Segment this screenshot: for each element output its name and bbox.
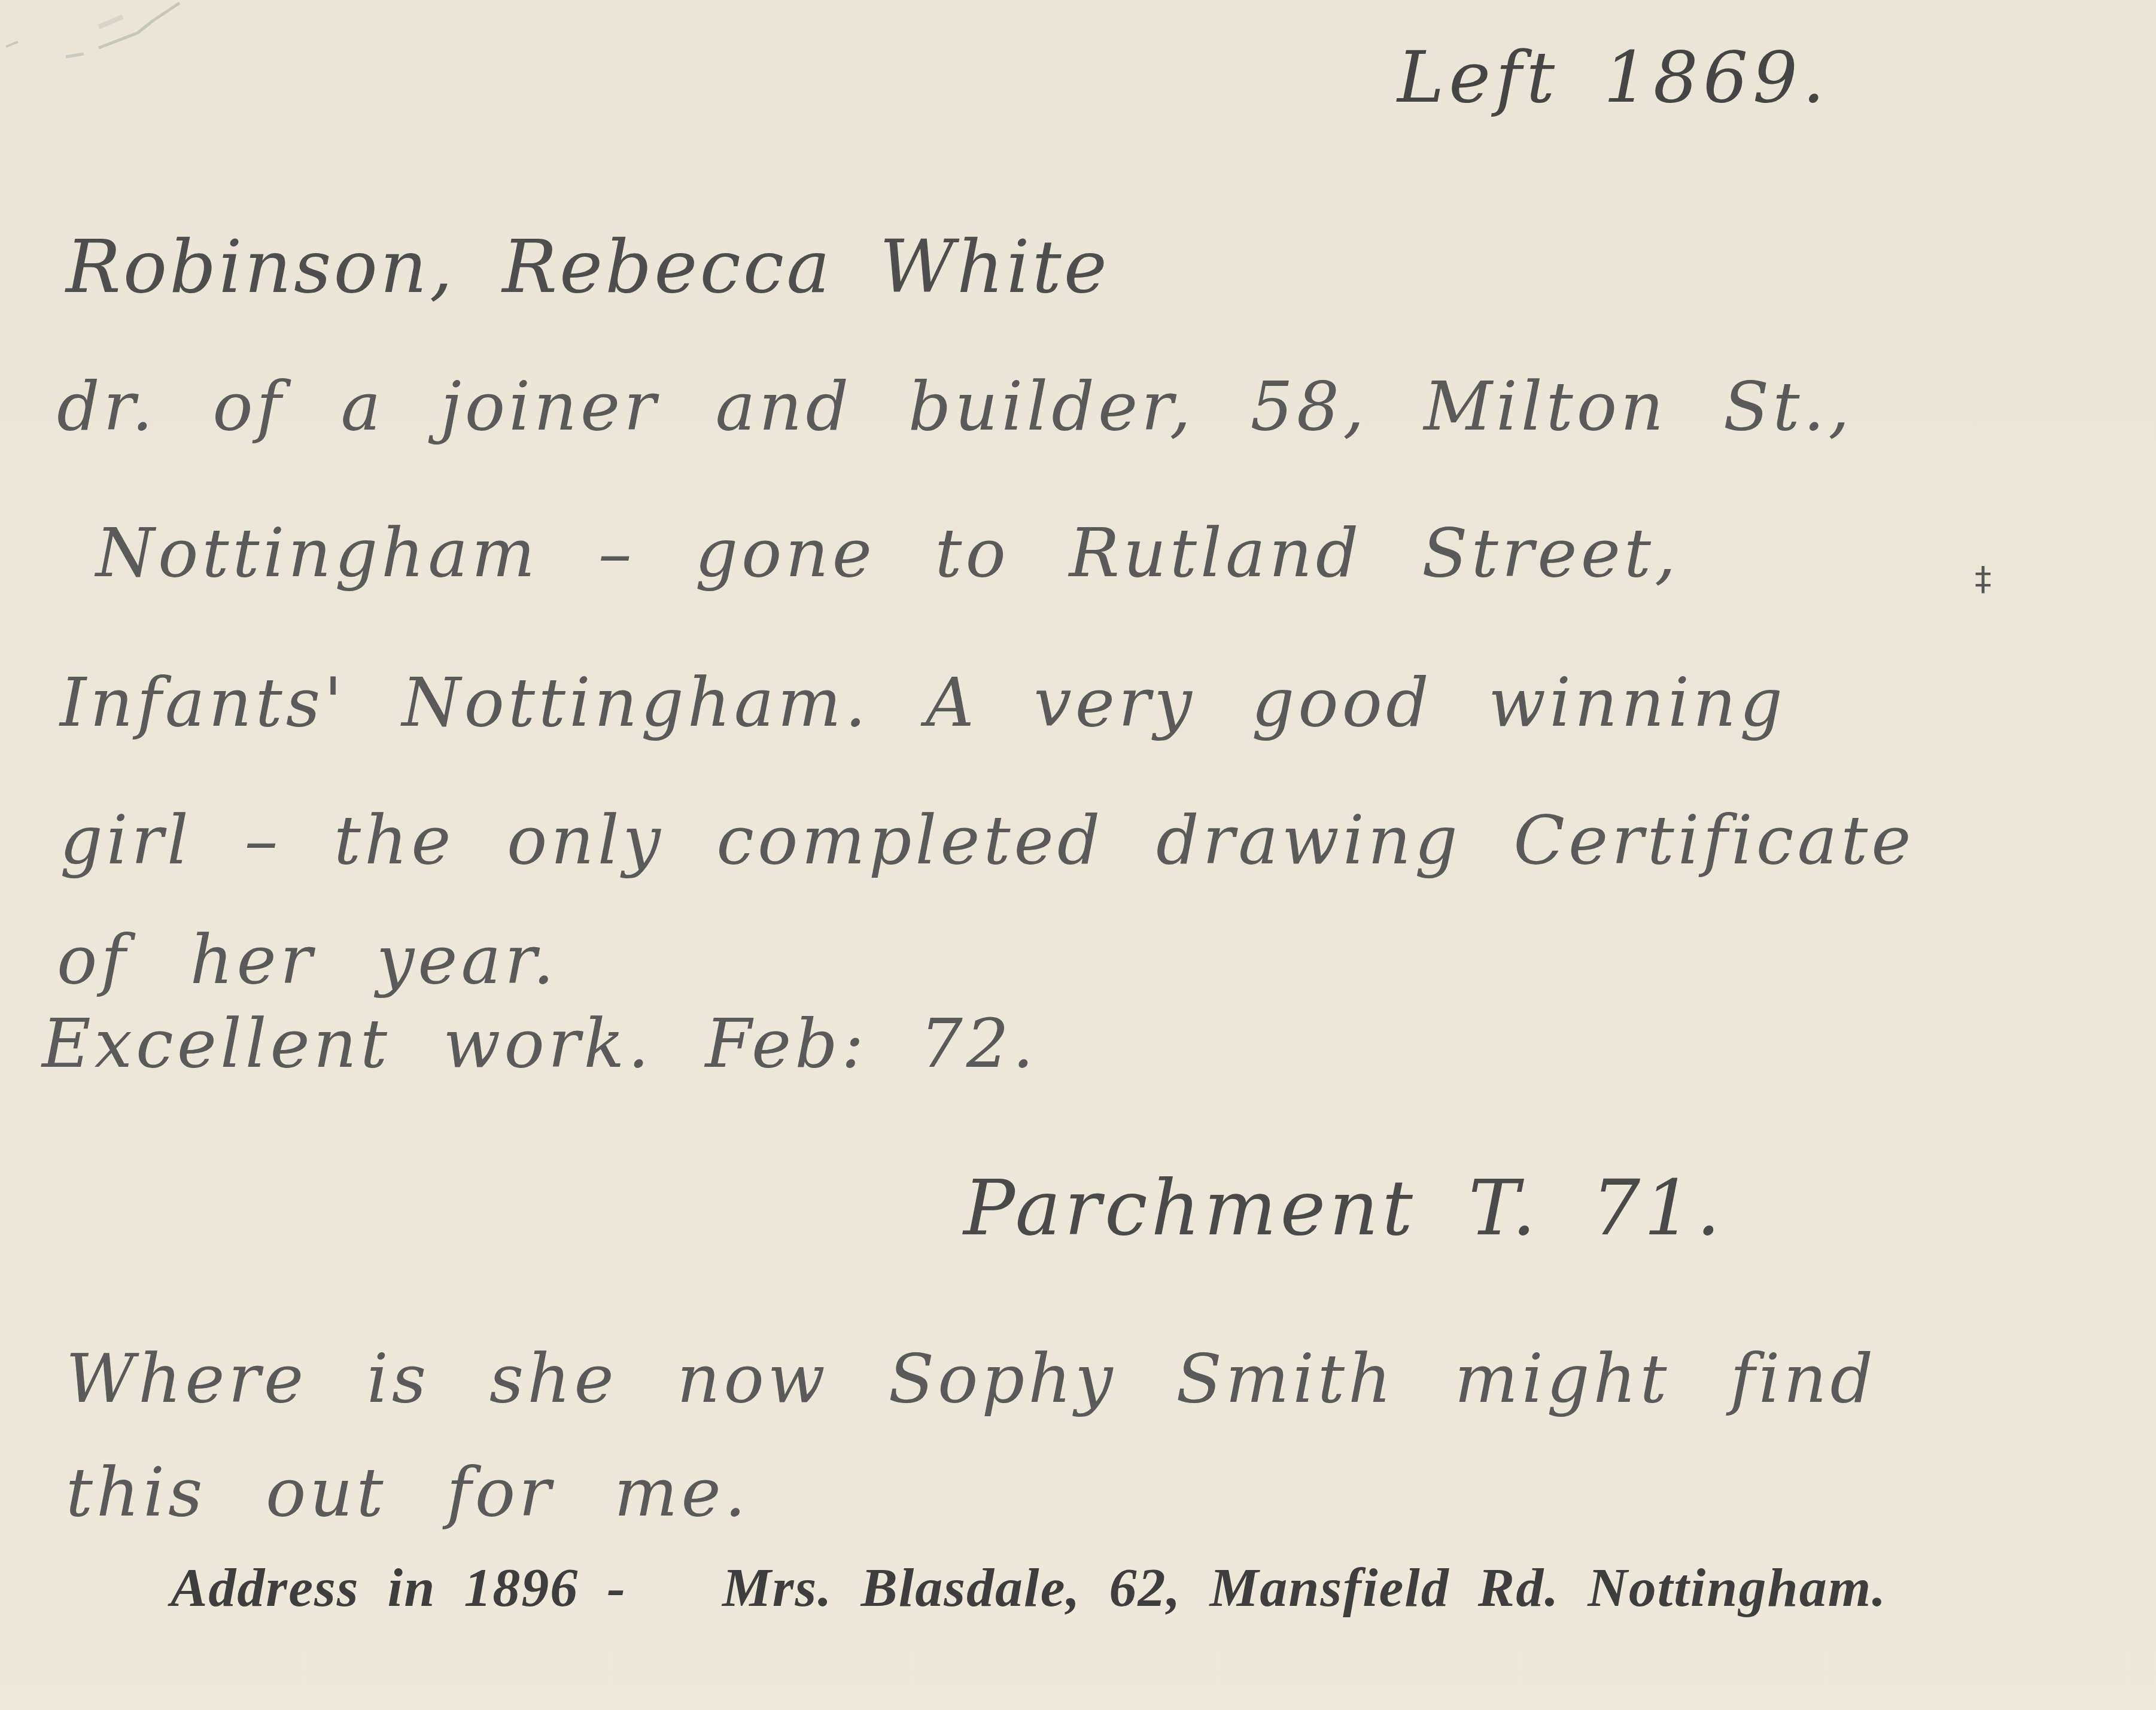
address-note: Address in 1896 -Mrs. Blasdale, 62, Mans… bbox=[171, 1556, 1887, 1619]
person-name: Robinson, Rebecca White bbox=[66, 224, 1109, 309]
query-line-1: Where is she now Sophy Smith might find bbox=[66, 1340, 1877, 1418]
body-line-6: Excellent work. Feb: 72. bbox=[42, 1005, 1038, 1083]
paper-smudge-mark bbox=[0, 0, 191, 66]
address-value: Mrs. Blasdale, 62, Mansfield Rd. Notting… bbox=[722, 1557, 1887, 1618]
body-line-3: Infants' Nottingham. A very good winning bbox=[60, 664, 1786, 742]
parchment-note: Parchment T. 71. bbox=[963, 1164, 1724, 1253]
body-line-5: of her year. bbox=[57, 921, 558, 999]
double-dagger-mark: ‡ bbox=[1975, 559, 1991, 598]
query-line-2: this out for me. bbox=[66, 1454, 749, 1532]
body-line-1: dr. of a joiner and builder, 58, Milton … bbox=[57, 368, 1853, 446]
document-page: Left 1869. Robinson, Rebecca White dr. o… bbox=[0, 0, 2156, 1710]
body-line-2: Nottingham – gone to Rutland Street, bbox=[96, 515, 1680, 592]
body-line-4: girl – the only completed drawing Certif… bbox=[60, 802, 1915, 880]
left-year-note: Left 1869. bbox=[1397, 36, 1830, 118]
address-label: Address in 1896 - bbox=[171, 1557, 627, 1618]
